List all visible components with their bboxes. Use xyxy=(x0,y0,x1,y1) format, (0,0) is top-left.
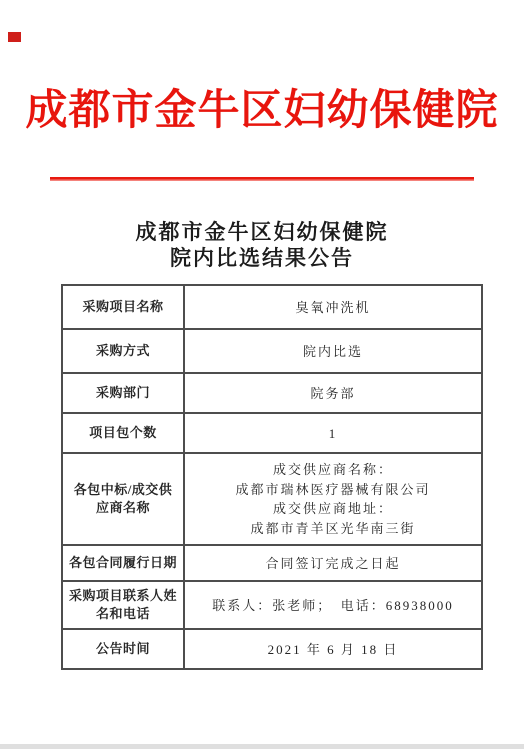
result-notice-table: 采购项目名称 臭氧冲洗机 采购方式 院内比选 采购部门 院务部 项目包个数 1 … xyxy=(61,284,483,670)
table-row-project-name: 采购项目名称 臭氧冲洗机 xyxy=(62,285,482,329)
letterhead-title: 成都市金牛区妇幼保健院 xyxy=(0,0,524,139)
document-title: 成都市金牛区妇幼保健院 院内比选结果公告 xyxy=(0,219,524,273)
page-bottom-edge xyxy=(0,744,524,749)
table-row-procure-dept: 采购部门 院务部 xyxy=(62,373,482,413)
supplier-name: 成都市瑞林医疗器械有限公司 xyxy=(190,480,476,500)
row-value: 联系人：张老师； 电话：68938000 xyxy=(184,581,482,629)
document-title-line2: 院内比选结果公告 xyxy=(0,245,524,272)
row-label: 采购项目联系人姓名和电话 xyxy=(62,581,184,629)
row-label: 公告时间 xyxy=(62,629,184,669)
row-label: 项目包个数 xyxy=(62,413,184,453)
red-corner-mark xyxy=(8,32,21,42)
row-value: 1 xyxy=(184,413,482,453)
row-label: 采购部门 xyxy=(62,373,184,413)
table-row-procure-method: 采购方式 院内比选 xyxy=(62,329,482,373)
row-value: 合同签订完成之日起 xyxy=(184,545,482,581)
supplier-name-caption: 成交供应商名称： xyxy=(190,460,476,480)
row-value: 院内比选 xyxy=(184,329,482,373)
row-label: 各包中标/成交供应商名称 xyxy=(62,453,184,545)
supplier-address: 成都市青羊区光华南三街 xyxy=(190,519,476,539)
row-label: 采购方式 xyxy=(62,329,184,373)
row-value: 2021 年 6 月 18 日 xyxy=(184,629,482,669)
document-page: 成都市金牛区妇幼保健院 成都市金牛区妇幼保健院 院内比选结果公告 采购项目名称 … xyxy=(0,0,524,749)
table-row-notice-date: 公告时间 2021 年 6 月 18 日 xyxy=(62,629,482,669)
table-row-contract-date: 各包合同履行日期 合同签订完成之日起 xyxy=(62,545,482,581)
row-label: 各包合同履行日期 xyxy=(62,545,184,581)
letterhead-divider-rule xyxy=(50,177,474,181)
document-title-line1: 成都市金牛区妇幼保健院 xyxy=(0,219,524,246)
table-row-contact: 采购项目联系人姓名和电话 联系人：张老师； 电话：68938000 xyxy=(62,581,482,629)
row-value: 成交供应商名称： 成都市瑞林医疗器械有限公司 成交供应商地址： 成都市青羊区光华… xyxy=(184,453,482,545)
table-row-winning-supplier: 各包中标/成交供应商名称 成交供应商名称： 成都市瑞林医疗器械有限公司 成交供应… xyxy=(62,453,482,545)
row-label: 采购项目名称 xyxy=(62,285,184,329)
table-row-package-count: 项目包个数 1 xyxy=(62,413,482,453)
row-value: 臭氧冲洗机 xyxy=(184,285,482,329)
row-value: 院务部 xyxy=(184,373,482,413)
supplier-address-caption: 成交供应商地址： xyxy=(190,499,476,519)
